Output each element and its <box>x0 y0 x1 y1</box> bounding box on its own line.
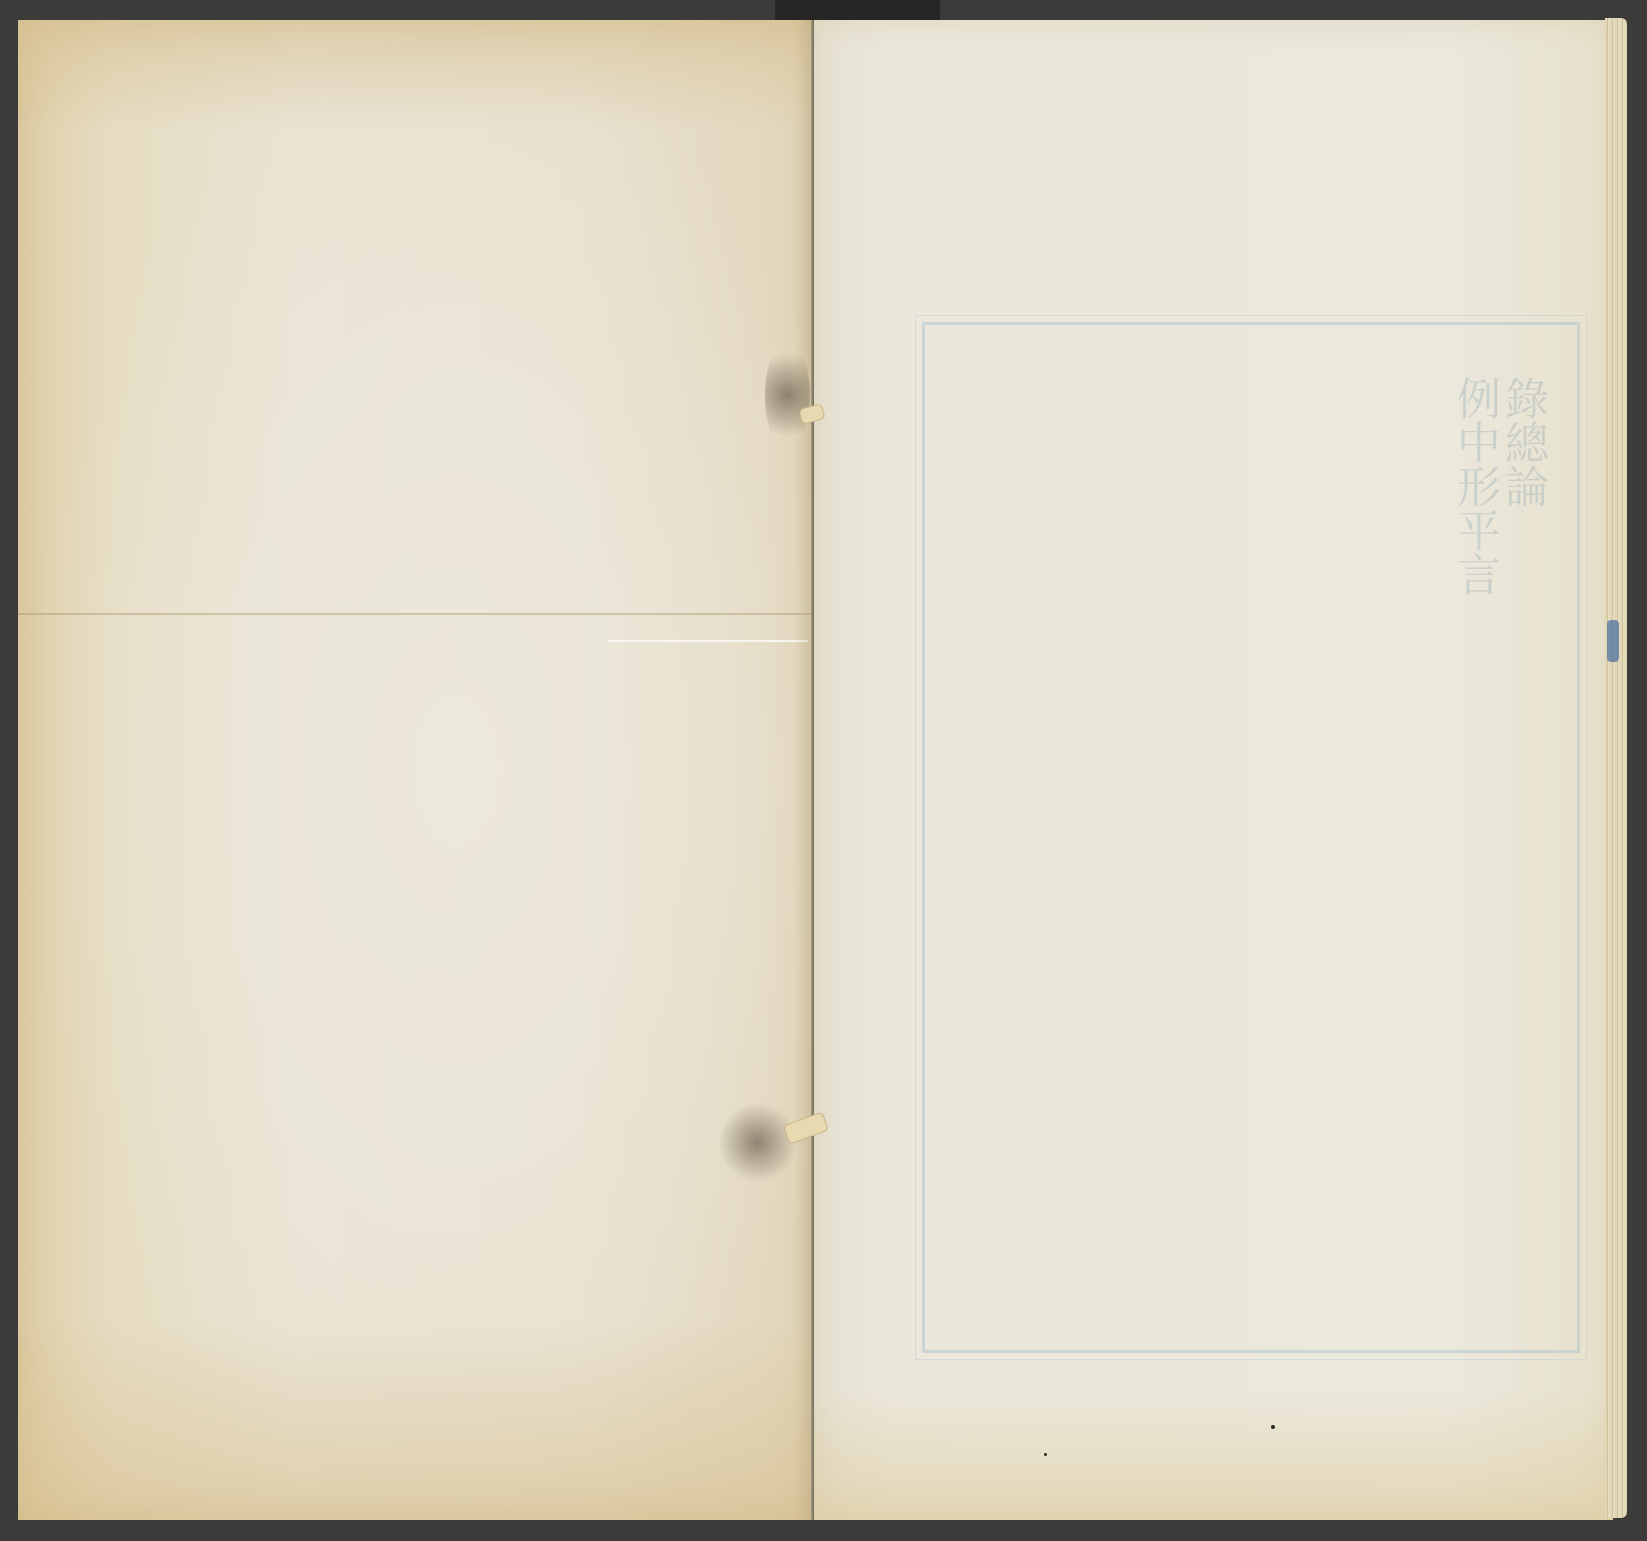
foxing-stain-top <box>765 340 810 450</box>
top-shadow-band <box>775 0 940 22</box>
fore-edge <box>1605 18 1627 1518</box>
faint-text: 例中形平言 <box>1445 376 1503 596</box>
foxing-stain-bottom <box>720 1100 795 1185</box>
speck <box>1271 1425 1275 1429</box>
ink-stain <box>1607 620 1619 662</box>
binding-gutter <box>811 20 814 1520</box>
gutter-shadow <box>795 20 811 1520</box>
bleed-through-text-column-2: 例中形平言 <box>1445 376 1503 596</box>
page-crease-highlight <box>608 640 808 642</box>
left-page <box>18 20 813 1520</box>
speck <box>1044 1453 1047 1456</box>
page-crease <box>18 613 813 615</box>
